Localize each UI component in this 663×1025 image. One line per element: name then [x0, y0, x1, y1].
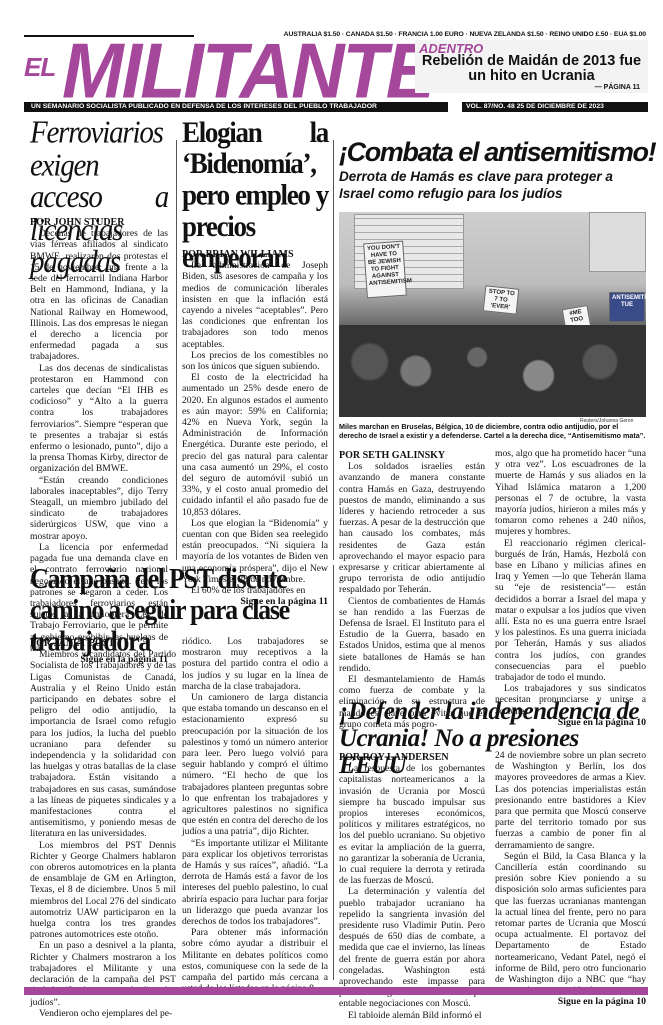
- article-column: POR ROY LANDERSEN La respuesta de los go…: [339, 750, 485, 1021]
- inside-headline[interactable]: Rebelión de Maidán de 2013 fue un hito e…: [419, 54, 644, 84]
- masthead-prefix: EL: [24, 52, 55, 83]
- paragraph: mos, algo que ha prometido hacer “una y …: [495, 448, 646, 538]
- paragraph: El costo de la electricidad ha aumentado…: [182, 372, 328, 518]
- crowd: [339, 325, 646, 417]
- paragraph: Los precios de los comestibles no son lo…: [182, 350, 328, 372]
- paragraph: Los soldados israelíes están avanzando d…: [339, 461, 485, 595]
- inside-teaser[interactable]: ADENTRO Rebelión de Maidán de 2013 fue u…: [415, 40, 648, 93]
- paragraph: 24 de noviembre sobre un plan secreto de…: [495, 750, 646, 851]
- article-column: mos, algo que ha prometido hacer “una y …: [495, 448, 646, 728]
- protest-sign: YOU DON'T HAVE TO BE JEWISH TO FIGHT AGA…: [363, 241, 407, 299]
- paragraph: Para obtener más información sobre cómo …: [182, 927, 328, 994]
- masthead: EL MILITANTE: [24, 36, 414, 96]
- headline[interactable]: ¡Combata el antisemitismo!: [339, 137, 649, 167]
- paragraph: Vendieron ocho ejemplares del pe-: [30, 1008, 176, 1019]
- paragraph: Las dos decenas de sindicalistas protest…: [30, 363, 168, 475]
- headline[interactable]: Elogian la ‘Bidenomía’, pero empleo y pr…: [182, 117, 328, 247]
- footer-bar: [24, 987, 648, 995]
- byline: POR SETH GALINSKY: [339, 450, 485, 461]
- byline: POR ROY LANDERSEN: [339, 752, 485, 763]
- article-column: riódico. Los trabajadores se mostraron m…: [182, 636, 328, 995]
- paragraph: Un camionero de larga distancia que esta…: [182, 692, 328, 838]
- protest-sign: STOP TO 7 TO 'EVER': [483, 285, 520, 314]
- paragraph: riódico. Los trabajadores se mostraron m…: [182, 636, 328, 692]
- paragraph: Cientos de combatientes de Hamás se han …: [339, 596, 485, 674]
- subheadline: Derrota de Hamás es clave para proteger …: [339, 168, 649, 202]
- article-bidenomia: Elogian la ‘Bidenomía’, pero empleo y pr…: [182, 117, 328, 608]
- paragraph: Según el Bild, la Casa Blanca y la Canci…: [495, 851, 646, 997]
- column-rule: [333, 565, 334, 980]
- continued-link[interactable]: Sigue en la página 10: [495, 996, 646, 1007]
- photo-caption: Miles marchan en Bruselas, Bélgica, 10 d…: [339, 422, 646, 441]
- tagline: UN SEMANARIO SOCIALISTA PUBLICADO EN DEF…: [24, 102, 448, 112]
- column-rule: [333, 140, 334, 560]
- protest-photo[interactable]: YOU DON'T HAVE TO BE JEWISH TO FIGHT AGA…: [339, 212, 646, 417]
- paragraph: Miembros y candidatos del Partido Social…: [30, 649, 176, 839]
- protest-sign: ANTISEMITISME TUE: [609, 292, 645, 322]
- byline: POR JANET POST: [30, 638, 176, 649]
- paragraph: La administración de Joseph Biden, sus a…: [182, 260, 328, 350]
- inside-page-ref: — PÁGINA 11: [595, 84, 640, 91]
- article-column: POR SETH GALINSKY Los soldados israelíes…: [339, 448, 485, 730]
- article-column: POR JANET POST Miembros y candidatos del…: [30, 636, 176, 1019]
- paragraph: Los miembros del PST Dennis Richter y Ge…: [30, 840, 176, 941]
- building: [589, 212, 646, 272]
- paragraph: La respuesta de los gobernantes capitali…: [339, 763, 485, 886]
- paragraph: “Es importante utilizar el Militante par…: [182, 838, 328, 928]
- paragraph: El reaccionario régimen clerical-burgués…: [495, 538, 646, 684]
- article-column: 24 de noviembre sobre un plan secreto de…: [495, 750, 646, 1008]
- volume-date: VOL. 87/NO. 48 25 DE DICIEMBRE DE 2023: [462, 102, 648, 112]
- column-rule: [176, 140, 177, 560]
- paragraph: El tabloide alemán Bild informó el: [339, 1010, 485, 1021]
- paragraph: En un paso a desnivel a la planta, Richt…: [30, 940, 176, 1007]
- headline[interactable]: Ferroviarios exigen acceso a licencias p…: [30, 117, 168, 216]
- paragraph: “Están creando condiciones laborales ina…: [30, 475, 168, 542]
